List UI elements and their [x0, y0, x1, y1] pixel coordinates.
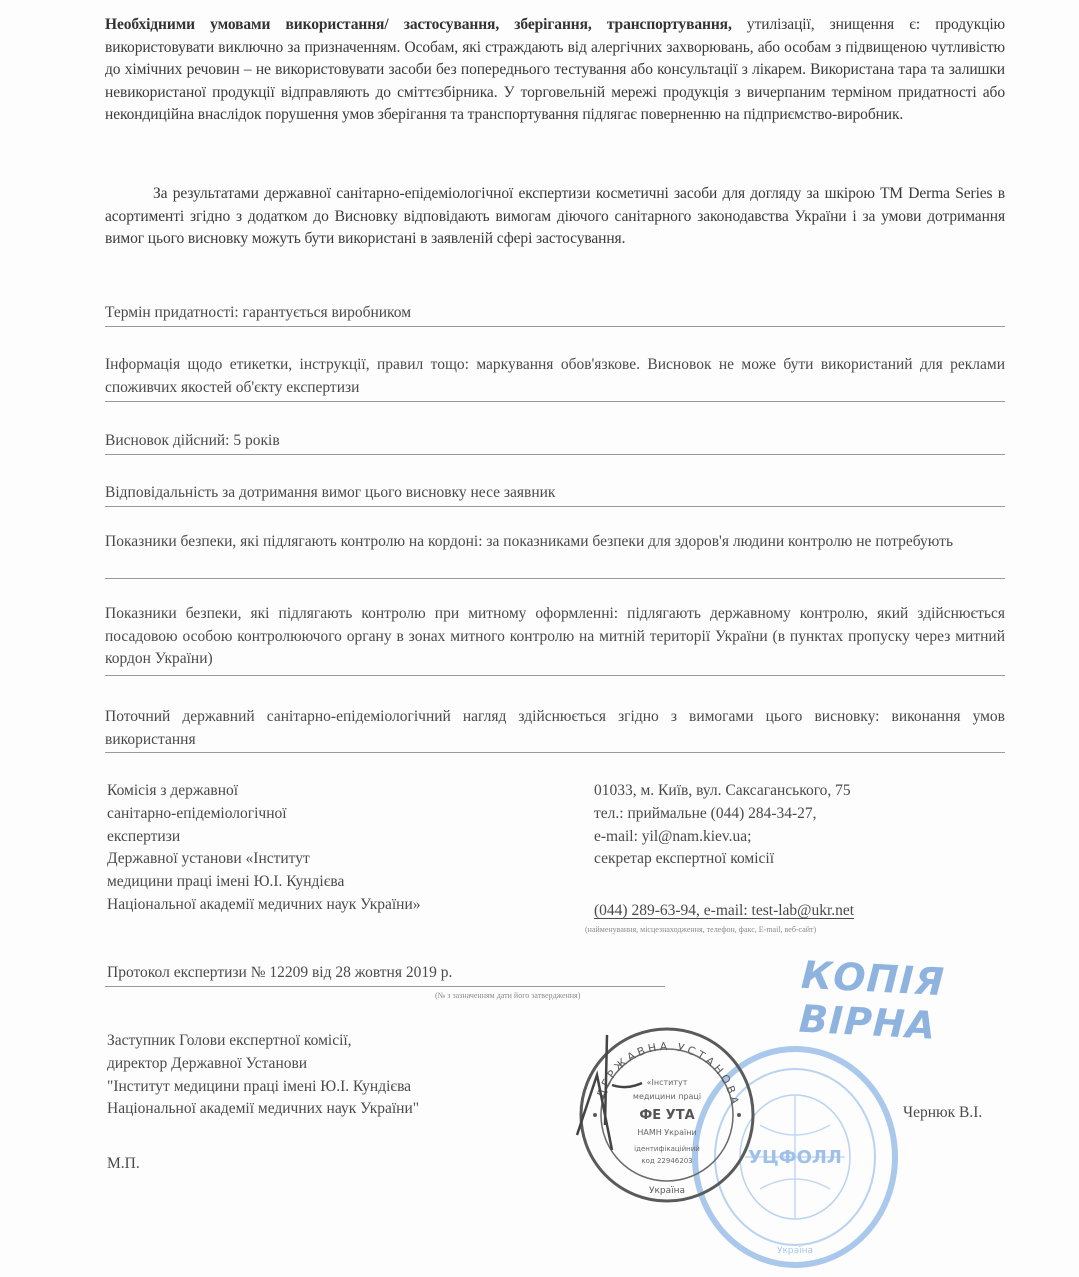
- field-label-info: Інформація щодо етикетки, інструкції, пр…: [105, 354, 1005, 399]
- field-border-control: Показники безпеки, які підлягають контро…: [105, 531, 1005, 554]
- field-supervision: Поточний державний санітарно-епідеміолог…: [105, 706, 1005, 751]
- svg-text:медицини праці: медицини праці: [633, 1092, 701, 1101]
- secretary-line: секретар експертної комісії: [594, 848, 851, 871]
- svg-text:ідентифікаційний: ідентифікаційний: [634, 1145, 700, 1153]
- field-responsibility: Відповідальність за дотримання вимог цьо…: [105, 482, 1005, 505]
- contact-line: (044) 289-63-94, e-mail: test-lab@ukr.ne…: [594, 900, 854, 923]
- commission-contacts: 01033, м. Київ, вул. Саксаганського, 75 …: [594, 780, 851, 871]
- commission-line: медицини праці імені Ю.І. Кундієва: [107, 871, 421, 894]
- commission-line: санітарно-епідеміологічної: [107, 803, 421, 826]
- commission-line: Національної академії медичних наук Укра…: [107, 894, 421, 917]
- signatory-line: "Інститут медицини праці імені Ю.І. Кунд…: [107, 1076, 419, 1099]
- field-validity: Висновок дійсний: 5 років: [105, 430, 1005, 453]
- copy-certified-stamp: КОПІЯ ВІРНА: [798, 953, 1079, 1055]
- commission-line: Державної установи «Інститут: [107, 848, 421, 871]
- divider: [105, 506, 1005, 507]
- divider: [105, 986, 665, 987]
- signatory-block: Заступник Голови експертної комісії, дир…: [107, 1030, 419, 1121]
- email-line: e-mail: yil@nam.kiev.ua;: [594, 826, 851, 849]
- address-line: 01033, м. Київ, вул. Саксаганського, 75: [594, 780, 851, 803]
- conditions-paragraph: Необхідними умовами використання/ застос…: [105, 14, 1005, 127]
- divider: [105, 675, 1005, 676]
- conditions-lead: Необхідними умовами використання/ застос…: [105, 16, 732, 33]
- commission-block: Комісія з державної санітарно-епідеміоло…: [107, 780, 421, 917]
- svg-text:НАМН України: НАМН України: [637, 1128, 696, 1137]
- signatory-line: директор Державної Установи: [107, 1053, 419, 1076]
- results-text: За результатами державної санітарно-епід…: [105, 185, 1005, 247]
- signatory-line: Заступник Голови експертної комісії,: [107, 1030, 419, 1053]
- results-paragraph: За результатами державної санітарно-епід…: [105, 183, 1005, 251]
- divider: [105, 578, 1005, 579]
- commission-line: Комісія з державної: [107, 780, 421, 803]
- seal-mark: М.П.: [107, 1153, 140, 1176]
- divider: [105, 454, 1005, 455]
- phone-line: тел.: приймальне (044) 284-34-27,: [594, 803, 851, 826]
- contact-caption: (найменування, місцезнаходження, телефон…: [585, 925, 816, 934]
- commission-line: експертизи: [107, 826, 421, 849]
- svg-text:Україна: Україна: [649, 1186, 685, 1196]
- protocol-text: Протокол експертизи № 12209 від 28 жовтн…: [107, 962, 452, 985]
- svg-text:«Інститут: «Інститут: [647, 1078, 688, 1087]
- black-round-seal-icon: ДЕРЖАВНА УСТАНОВА «Інститут медицини пра…: [567, 1015, 767, 1215]
- divider: [105, 752, 1005, 753]
- svg-text:код 22946203: код 22946203: [641, 1157, 692, 1165]
- svg-text:Україна: Україна: [777, 1246, 813, 1256]
- signatory-name: Чернюк В.І.: [903, 1102, 982, 1125]
- signatory-line: Національної академії медичних наук Укра…: [107, 1098, 419, 1121]
- divider: [105, 401, 1005, 402]
- protocol-caption: (№ з зазначенням дати його затвердження): [435, 991, 580, 1000]
- svg-text:ФЕ УТА: ФЕ УТА: [639, 1108, 694, 1123]
- divider: [105, 326, 1005, 327]
- field-customs-control: Показники безпеки, які підлягають контро…: [105, 603, 1005, 671]
- document-page: Необхідними умовами використання/ застос…: [0, 0, 1079, 1277]
- field-shelf-life: Термін придатності: гарантується виробни…: [105, 302, 1005, 325]
